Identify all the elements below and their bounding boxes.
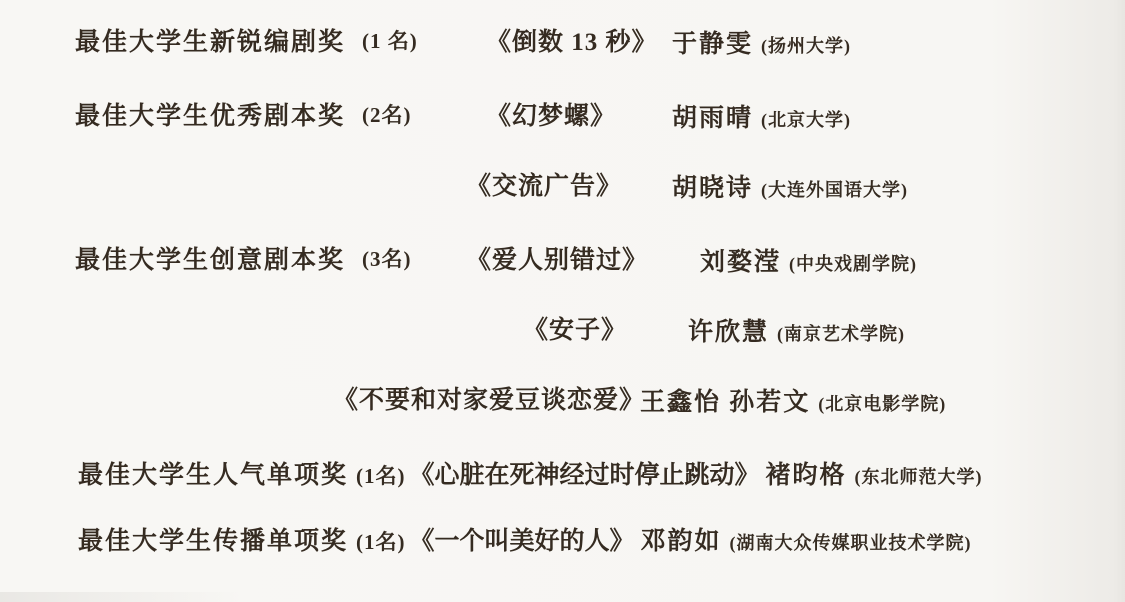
award-row: 《不要和对家爱豆谈恋爱》 王鑫怡 孙若文 (北京电影学院) <box>0 380 1125 420</box>
winner-school: (南京艺术学院) <box>777 320 905 346</box>
winner-count: (1名) <box>356 526 406 556</box>
winner-line: 胡雨晴 (北京大学) <box>672 98 851 134</box>
winner-line: 许欣慧 (南京艺术学院) <box>688 312 905 348</box>
play-title: 《交流广告》 <box>466 166 622 202</box>
award-row: 最佳大学生创意剧本奖 (3名) 《爱人别错过》 刘婺滢 (中央戏剧学院) <box>0 240 1125 280</box>
winner-school: (东北师范大学) <box>855 463 983 489</box>
winner-school: (湖南大众传媒职业技术学院) <box>730 529 972 555</box>
play-title: 《倒数 13 秒》 <box>486 22 658 58</box>
winner-school: (北京大学) <box>761 106 851 132</box>
play-title: 《一个叫美好的人》 <box>410 521 635 557</box>
play-title: 《心脏在死神经过时停止跳动》 <box>410 455 760 491</box>
play-title: 《不要和对家爱豆谈恋爱》 <box>333 380 645 416</box>
award-row: 最佳大学生人气单项奖 (1名) 《心脏在死神经过时停止跳动》 褚昀格 (东北师范… <box>78 455 983 495</box>
winner-school: (北京电影学院) <box>818 390 946 416</box>
scan-shading <box>0 592 240 602</box>
award-row: 最佳大学生传播单项奖 (1名) 《一个叫美好的人》 邓韵如 (湖南大众传媒职业技… <box>78 521 972 561</box>
winner-name: 胡晓诗 <box>672 168 753 204</box>
winner-name: 许欣慧 <box>688 312 769 348</box>
winner-count: (3名) <box>362 243 412 273</box>
winner-name: 褚昀格 <box>766 455 847 491</box>
document-page: 最佳大学生新锐编剧奖 (1 名) 《倒数 13 秒》 于静雯 (扬州大学) 最佳… <box>0 0 1125 602</box>
play-title: 《幻梦螺》 <box>486 96 616 132</box>
winner-count: (2名) <box>362 99 412 129</box>
winner-line: 于静雯 (扬州大学) <box>672 24 851 60</box>
winner-line: 胡晓诗 (大连外国语大学) <box>672 168 908 204</box>
winner-count: (1 名) <box>362 25 418 55</box>
winner-school: (中央戏剧学院) <box>789 250 917 276</box>
winner-count: (1名) <box>356 460 406 490</box>
winner-name: 刘婺滢 <box>700 242 781 278</box>
winner-name: 邓韵如 <box>641 521 722 557</box>
winner-school: (扬州大学) <box>761 32 851 58</box>
award-name: 最佳大学生创意剧本奖 <box>75 240 345 276</box>
award-row: 《交流广告》 胡晓诗 (大连外国语大学) <box>0 166 1125 206</box>
award-row: 《安子》 许欣慧 (南京艺术学院) <box>0 310 1125 350</box>
award-name: 最佳大学生优秀剧本奖 <box>75 96 345 132</box>
award-name: 最佳大学生人气单项奖 <box>78 455 348 491</box>
winner-name: 胡雨晴 <box>672 98 753 134</box>
award-row: 最佳大学生新锐编剧奖 (1 名) 《倒数 13 秒》 于静雯 (扬州大学) <box>0 22 1125 62</box>
winner-name: 于静雯 <box>672 24 753 60</box>
winner-name: 王鑫怡 孙若文 <box>640 382 810 418</box>
winner-line: 刘婺滢 (中央戏剧学院) <box>700 242 917 278</box>
play-title: 《爱人别错过》 <box>466 240 648 276</box>
play-title: 《安子》 <box>523 310 627 346</box>
winner-school: (大连外国语大学) <box>761 176 908 202</box>
winner-line: 王鑫怡 孙若文 (北京电影学院) <box>640 382 946 418</box>
award-row: 最佳大学生优秀剧本奖 (2名) 《幻梦螺》 胡雨晴 (北京大学) <box>0 96 1125 136</box>
award-name: 最佳大学生新锐编剧奖 <box>75 22 345 58</box>
award-name: 最佳大学生传播单项奖 <box>78 521 348 557</box>
